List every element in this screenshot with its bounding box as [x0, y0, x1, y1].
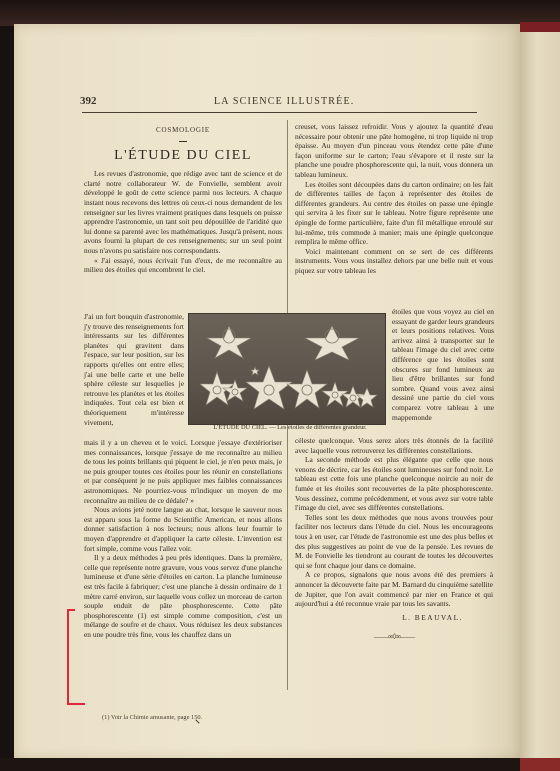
paragraph: Les revues d'astronomie, que rédige avec… [84, 169, 282, 255]
scan-bottom-edge [0, 758, 560, 771]
rubric-dash [179, 141, 187, 142]
paragraph: mais il y a un cheveu et le voici. Lorsq… [84, 438, 282, 505]
article-title: L'ÉTUDE DU CIEL [84, 151, 282, 161]
section-rubric: COSMOLOGIE [84, 126, 282, 136]
star-icon [357, 388, 377, 407]
column-1: COSMOLOGIE L'ÉTUDE DU CIEL Les revues d'… [84, 124, 282, 275]
stars-illustration [189, 314, 385, 424]
scan-left-edge [0, 0, 14, 771]
adjacent-page-edge [520, 32, 560, 760]
footnote: (1) Voir la Chimie amusante, page 150. [102, 714, 202, 721]
journal-title: LA SCIENCE ILLUSTRÉE. [214, 96, 354, 107]
star-icon [287, 370, 327, 408]
paragraph: creuset, vous laissez refroidir. Vous y … [295, 122, 493, 180]
book-page: 392 LA SCIENCE ILLUSTRÉE. COSMOLOGIE L'É… [14, 24, 520, 759]
paragraph: Il y a deux méthodes à peu près identiqu… [84, 553, 282, 639]
scan-top-edge [0, 0, 560, 26]
paragraph: A ce propos, signalons que nous avons ét… [295, 570, 493, 608]
star-icon [207, 326, 251, 358]
column-2-bottom: céleste quelconque. Vous serez alors trè… [295, 436, 493, 642]
header-rule [82, 112, 477, 113]
column-1-bottom: mais il y a un cheveu et le voici. Lorsq… [84, 438, 282, 639]
figure-caption: L'ÉTUDE DU CIEL. — Les étoiles de différ… [190, 424, 390, 431]
paragraph: céleste quelconque. Vous serez alors trè… [295, 436, 493, 455]
red-annotation-bracket [67, 609, 85, 705]
star-cutouts-engraving [188, 313, 386, 425]
book-cover-edge-bottom [520, 758, 560, 771]
paragraph: Voici maintenant comment on se sert de c… [295, 247, 493, 276]
paragraph: La seconde méthode est plus élégante que… [295, 455, 493, 513]
paragraph: J'ai un fort bouquin d'astronomie, j'y t… [84, 312, 184, 427]
paragraph: Nous avions jeté notre langue au chat, l… [84, 505, 282, 553]
author-signature: L. BEAUVAL. [295, 613, 463, 623]
running-head: 392 LA SCIENCE ILLUSTRÉE. [14, 95, 520, 109]
column-2-wrap: étoiles que vous voyez au ciel en essaya… [392, 307, 494, 422]
column-2: creuset, vous laissez refroidir. Vous y … [295, 122, 493, 276]
star-icon [223, 380, 247, 401]
paragraph: étoiles que vous voyez au ciel en essaya… [392, 307, 494, 422]
end-ornament: ——∞◊∞—— [295, 632, 493, 642]
paragraph: « J'ai essayé, nous écrivait l'un d'eux,… [84, 256, 282, 275]
paragraph: Telles sont les deux méthodes que nous a… [295, 513, 493, 571]
star-icon [251, 367, 259, 375]
column-1-wrap: J'ai un fort bouquin d'astronomie, j'y t… [84, 312, 184, 427]
paragraph: Les étoiles sont découpées dans du carto… [295, 180, 493, 247]
page-number: 392 [80, 95, 97, 107]
